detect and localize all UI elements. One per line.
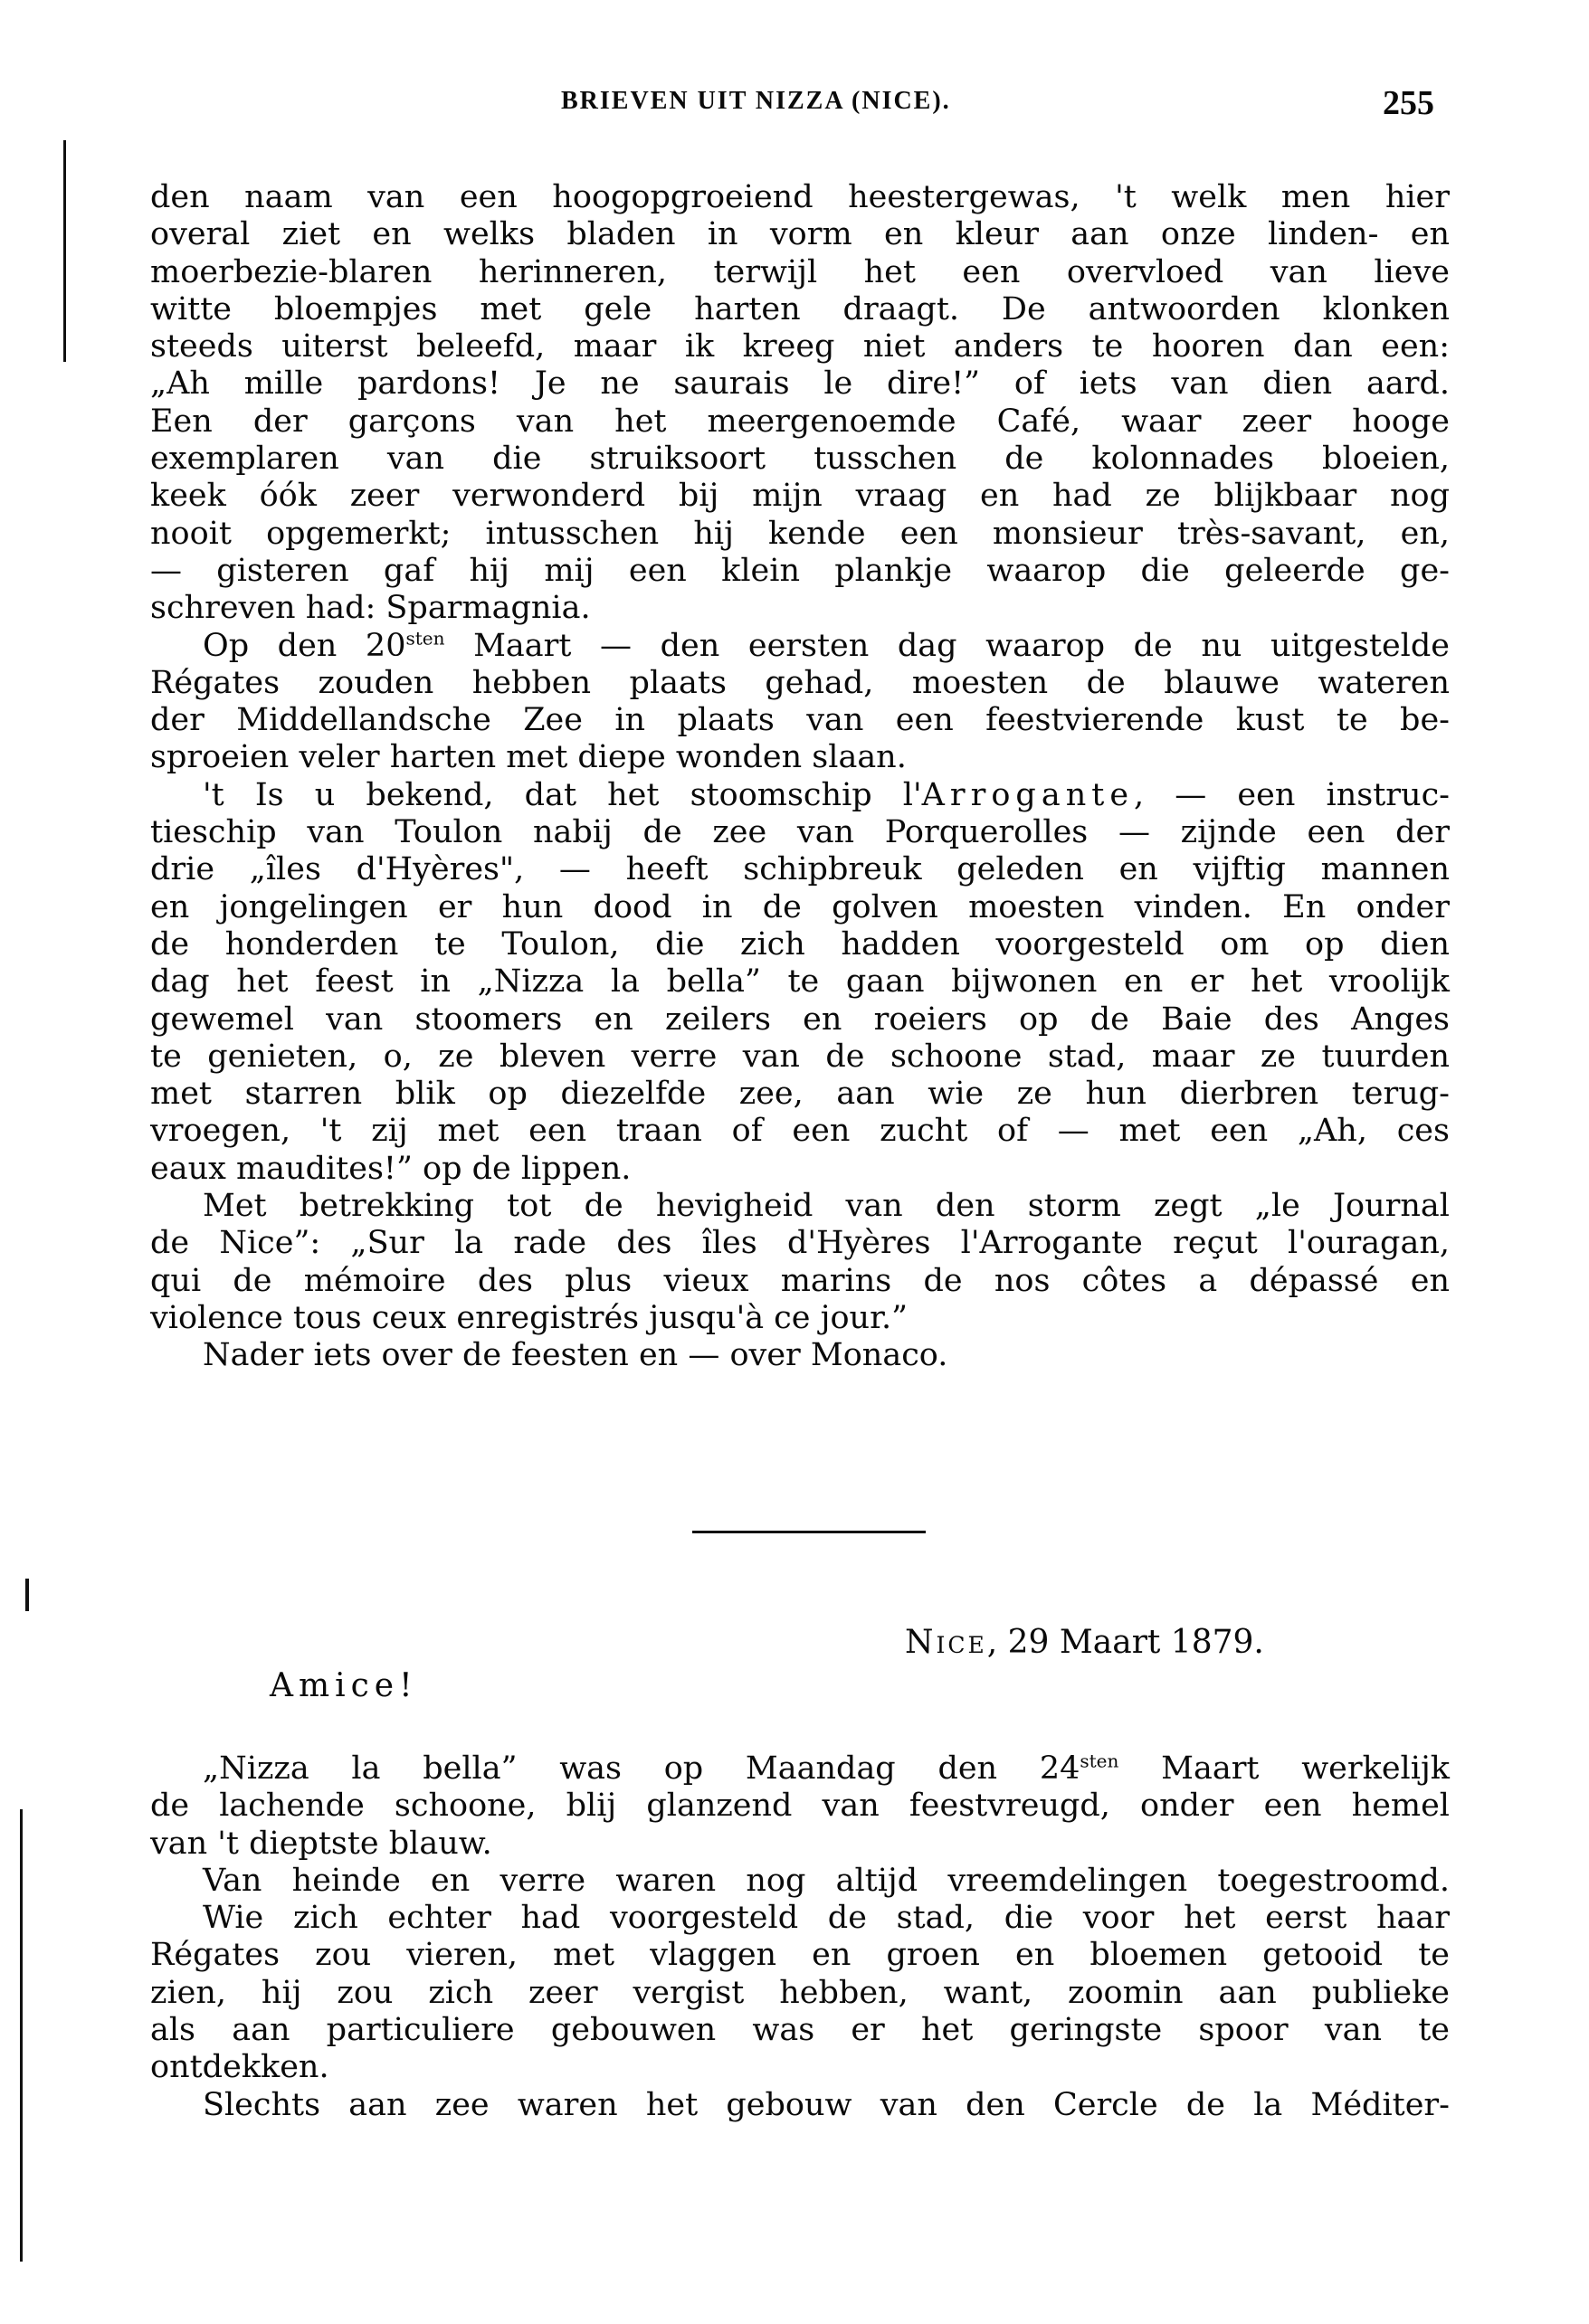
new-letter-body: „Nizza la bella” was op Maandag den 24st… [150,1750,1450,2124]
text-line: — gisteren gaf hij mij een klein plankje… [150,553,1450,590]
text-line: van 't dieptste blauw. [150,1826,1450,1863]
text-line: eaux maudites!” op de lippen. [150,1151,1450,1188]
paragraph-start-line: Wie zich echter had voorgesteld de stad,… [150,1900,1450,1937]
text-line: de honderden te Toulon, die zich hadden … [150,926,1450,963]
section-divider [692,1531,926,1533]
text-line: violence tous ceux enregistrés jusqu'à c… [150,1300,1450,1337]
text-fragment: , — een instruc- [1134,777,1450,813]
text-line: de Nice”: „Sur la rade des îles d'Hyères… [150,1225,1450,1262]
text-line: als aan particuliere gebouwen was er het… [150,2012,1450,2049]
scan-edge-mark [25,1579,29,1611]
running-title: BRIEVEN UIT NIZZA (NICE). [561,87,951,116]
text-fragment: Maart werkelijk [1118,1750,1450,1787]
dateline-city: Nice [905,1624,987,1661]
paragraph-start-line: Slechts aan zee waren het gebouw van den… [150,2087,1450,2124]
text-line: te genieten, o, ze bleven verre van de s… [150,1039,1450,1076]
text-line: steeds uiterst beleefd, maar ik kreeg ni… [150,328,1450,365]
text-line: witte bloempjes met gele harten draagt. … [150,291,1450,328]
text-fragment: 't Is u bekend, dat het stoomschip l' [203,777,922,813]
text-line: nooit opgemerkt; intusschen hij kende ee… [150,516,1450,553]
text-line: vroegen, 't zij met een traan of een zuc… [150,1113,1450,1150]
text-line: Régates zouden hebben plaats gehad, moes… [150,665,1450,702]
text-line: Een der garçons van het meergenoemde Caf… [150,403,1450,441]
ordinal-suffix: sten [1080,1750,1118,1771]
text-line: moerbezie-blaren herinneren, terwijl het… [150,254,1450,291]
text-line: dag het feest in „Nizza la bella” te gaa… [150,963,1450,1001]
paragraph-start-line: Op den 20sten Maart — den eersten dag wa… [150,628,1450,665]
text-line: qui de mémoire des plus vieux marins de … [150,1263,1450,1300]
text-line: overal ziet en welks bladen in vorm en k… [150,216,1450,253]
text-line: den naam van een hoogopgroeiend heesterg… [150,179,1450,216]
ordinal-suffix: sten [405,627,444,649]
text-line: zien, hij zou zich zeer vergist hebben, … [150,1975,1450,2012]
page-number: 255 [1383,83,1434,123]
text-line: „Ah mille pardons! Je ne saurais le dire… [150,365,1450,403]
paragraph-start-line: „Nizza la bella” was op Maandag den 24st… [150,1750,1450,1788]
text-line: exemplaren van die struiksoort tusschen … [150,441,1450,478]
text-line: tieschip van Toulon nabij de zee van Por… [150,814,1450,851]
letter-dateline: Nice, 29 Maart 1879. [905,1624,1264,1661]
text-fragment: Op den 20 [203,628,405,664]
scan-edge-mark [20,1809,23,2262]
dateline-date: , 29 Maart 1879. [987,1624,1264,1661]
text-line: keek óók zeer verwonderd bij mijn vraag … [150,478,1450,515]
paragraph-start-line: Met betrekking tot de hevigheid van den … [150,1188,1450,1225]
text-line: gewemel van stoomers en zeilers en roeie… [150,1001,1450,1039]
text-fragment: Maart — den eersten dag waarop de nu uit… [445,628,1451,664]
paragraph-start-line: 't Is u bekend, dat het stoomschip l'Arr… [150,777,1450,814]
book-page: BRIEVEN UIT NIZZA (NICE). 255 den naam v… [0,0,1589,2324]
text-fragment: „Nizza la bella” was op Maandag den 24 [203,1750,1080,1787]
letter-salutation: Amice! [270,1667,418,1704]
text-line: met starren blik op diezelfde zee, aan w… [150,1076,1450,1113]
paragraph-start-line: Nader iets over de feesten en — over Mon… [150,1337,1450,1374]
text-line: ontdekken. [150,2049,1450,2086]
text-line: drie „îles d'Hyères", — heeft schipbreuk… [150,851,1450,888]
text-line: sproeien veler harten met diepe wonden s… [150,739,1450,776]
text-line: schreven had: Sparmagnia. [150,590,1450,627]
paragraph-start-line: Van heinde en verre waren nog altijd vre… [150,1863,1450,1900]
text-line: de lachende schoone, blij glanzend van f… [150,1788,1450,1825]
text-line: Régates zou vieren, met vlaggen en groen… [150,1937,1450,1974]
ship-name: Arrogante [922,777,1134,813]
text-line: en jongelingen er hun dood in de golven … [150,889,1450,926]
previous-letter-body: den naam van een hoogopgroeiend heesterg… [150,179,1450,1375]
text-line: der Middellandsche Zee in plaats van een… [150,702,1450,739]
scan-edge-mark [63,140,66,362]
